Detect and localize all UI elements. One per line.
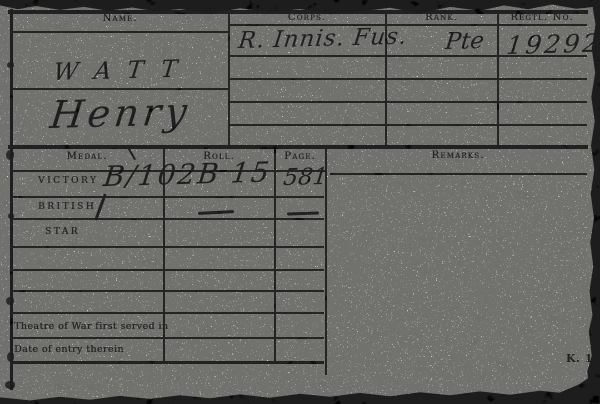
victory-page-handwritten: 581: [282, 164, 329, 191]
scan-edge-corner: [552, 372, 600, 404]
date-of-entry-label: Date of entry therein: [14, 344, 124, 355]
scan-blemish: [6, 297, 14, 305]
theatre-of-war-label: Theatre of War first served in: [14, 321, 168, 332]
scan-blemish: [6, 150, 14, 160]
rank-column-header: Rank.: [386, 12, 497, 23]
medal-row-star-label: STAR: [45, 227, 80, 237]
rule-line: [12, 88, 228, 90]
regtl-no-value-handwritten: 19292: [505, 29, 600, 60]
victory-roll-handwritten: B/102B 15: [102, 156, 273, 193]
scan-blemish: [8, 213, 14, 219]
rule-line: [11, 337, 324, 339]
rule-line: [11, 31, 229, 33]
medal-row-british-label: BRITISH: [38, 202, 96, 212]
rule-line: [230, 124, 587, 126]
scan-blemish: [5, 381, 15, 389]
rule-line: [11, 218, 324, 220]
corps-value-handwritten: R. Innis. Fus.: [237, 24, 409, 54]
forename-handwritten: Henry: [48, 89, 193, 137]
section-divider: [8, 145, 588, 149]
corps-column-header: Corps.: [229, 12, 385, 23]
british-page-ditto-mark: [287, 211, 319, 215]
rank-value-handwritten: Pte: [444, 28, 485, 55]
divider-rank-regtl: [497, 12, 499, 147]
scan-edge-bottom: [0, 389, 600, 404]
medal-row-victory-label: VICTORY: [38, 176, 98, 186]
divider-roll-page: [274, 149, 276, 362]
regtl-no-column-header: Regtl. No.: [498, 12, 586, 23]
scan-blemish: [7, 352, 14, 362]
rule-line: [11, 246, 324, 248]
rule-line: [230, 101, 587, 103]
medal-index-card-scan: Name. Corps. Rank. Regtl. No. WATT Henry…: [0, 0, 600, 404]
page-column-header: Page.: [275, 151, 325, 162]
british-roll-ditto-mark: [198, 210, 234, 214]
card-bottom-border: [10, 361, 324, 364]
name-column-header: Name.: [12, 13, 228, 24]
rule-line: [11, 269, 324, 271]
rule-line: [230, 78, 587, 80]
scan-blemish: [7, 62, 14, 68]
scan-edge-right: [585, 0, 600, 404]
remarks-column-header: Remarks.: [330, 150, 586, 161]
surname-handwritten: WATT: [52, 54, 196, 86]
rule-line: [330, 173, 587, 175]
rule-line: [11, 312, 324, 314]
rule-line: [11, 196, 324, 198]
rule-line: [11, 290, 324, 292]
